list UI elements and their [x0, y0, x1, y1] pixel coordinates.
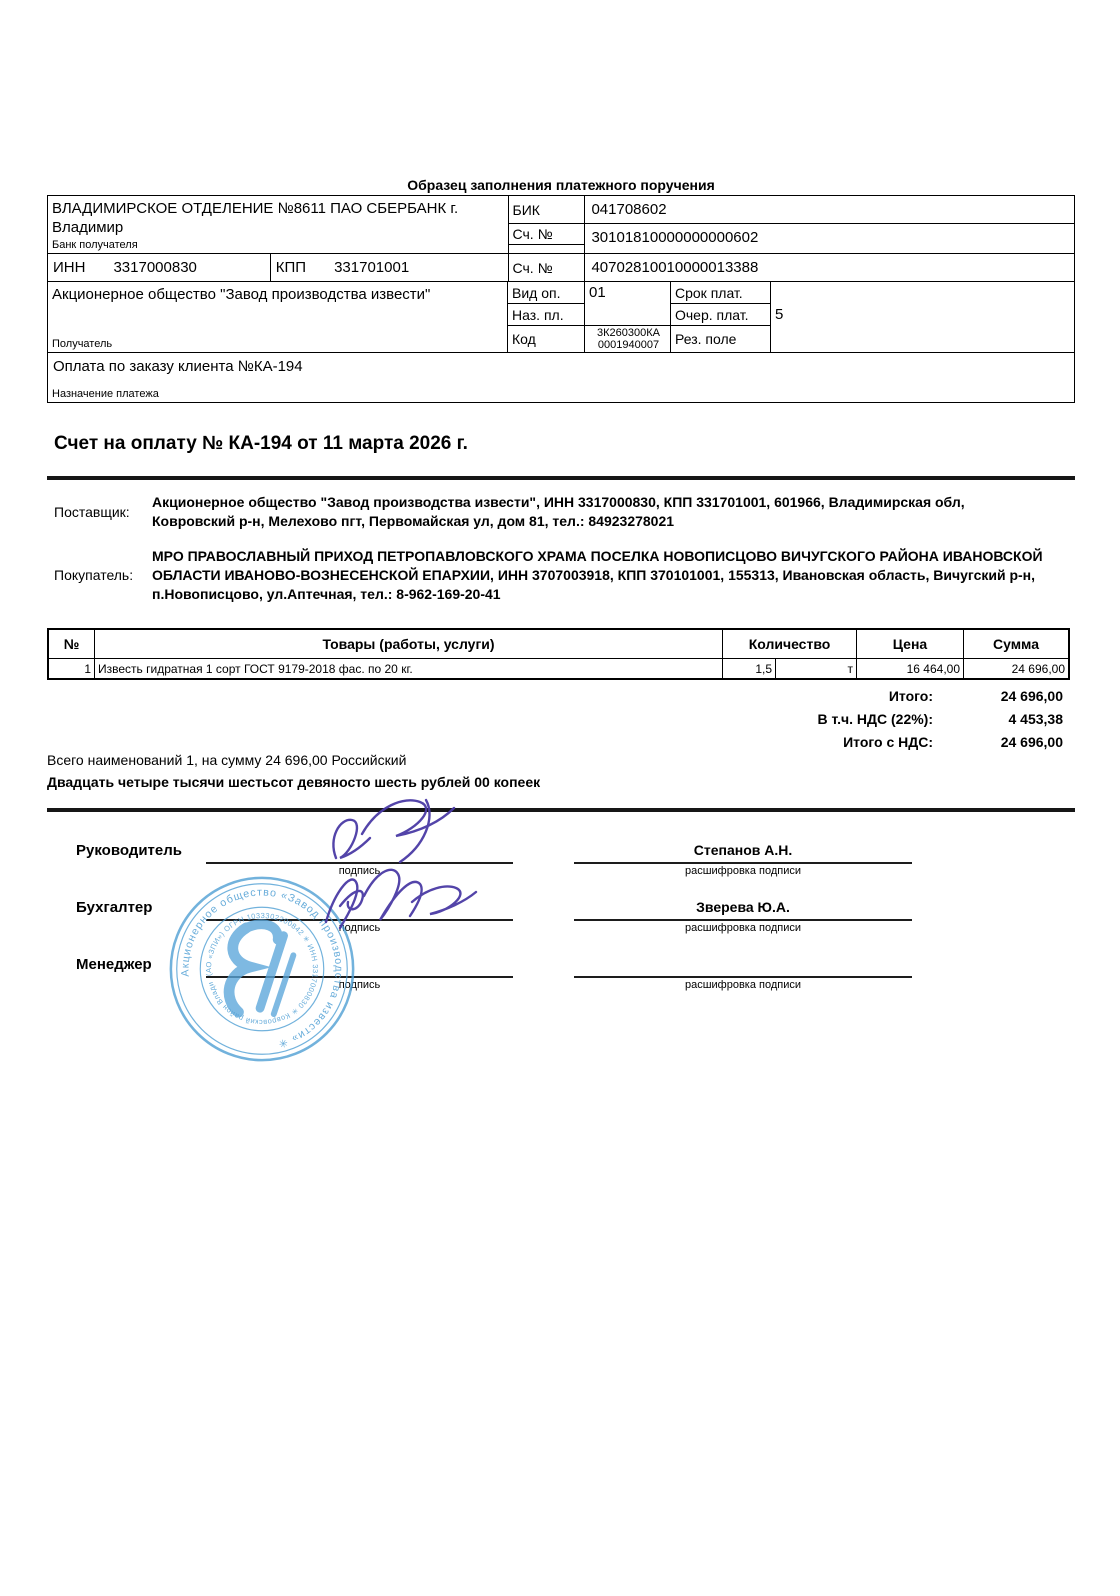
signature-caption: подпись	[206, 865, 513, 877]
name-line	[574, 976, 912, 978]
col-header-price: Цена	[857, 630, 964, 658]
payment-purpose-caption: Назначение платежа	[52, 388, 159, 400]
invoice-title: Счет на оплату № КА-194 от 11 марта 2026…	[54, 433, 468, 455]
buyer-label: Покупатель:	[54, 567, 152, 583]
bik-value-column: 041708602 30101810000000000602	[585, 196, 1074, 253]
bik-value: 041708602	[585, 196, 1074, 224]
kod-value-line1: 3К260300КА	[597, 327, 660, 339]
buyer-value: МРО ПРАВОСЛАВНЫЙ ПРИХОД ПЕТРОПАВЛОВСКОГО…	[152, 547, 1046, 604]
payment-order-codes-grid: Вид оп. 01 Срок плат. Наз. пл. Очер. пла…	[508, 282, 1074, 352]
name-caption: расшифровка подписи	[574, 979, 912, 991]
bank-caption: Банк получателя	[52, 239, 138, 251]
signature-line	[206, 862, 513, 864]
payment-order-recipient-row: Акционерное общество "Завод производства…	[48, 281, 1074, 352]
inn-cell: ИНН 3317000830	[48, 254, 271, 281]
signature-caption: подпись	[206, 979, 513, 991]
kod-value-line2: 0001940007	[598, 339, 659, 351]
col-header-sum: Сумма	[964, 630, 1068, 658]
signature-row-accountant: Бухгалтер Зверева Ю.А. подпись расшифров…	[0, 897, 1120, 937]
signer-name: Степанов А.Н.	[574, 842, 912, 858]
title-divider	[47, 476, 1075, 480]
total-row: Итого: 24 696,00	[47, 684, 1063, 707]
bik-label-column: БИК Сч. №	[509, 196, 586, 253]
supplier-value: Акционерное общество "Завод производства…	[152, 493, 1046, 531]
kod-value: 3К260300КА 0001940007	[585, 326, 671, 352]
item-name: Известь гидратная 1 сорт ГОСТ 9179-2018 …	[95, 659, 723, 678]
vat-label: В т.ч. НДС (22%):	[817, 711, 933, 727]
supplier-block: Поставщик: Акционерное общество "Завод п…	[54, 492, 1046, 532]
col-header-goods: Товары (работы, услуги)	[95, 630, 723, 658]
items-table: № Товары (работы, услуги) Количество Цен…	[47, 628, 1070, 680]
recipient-name: Акционерное общество "Завод производства…	[48, 282, 507, 304]
document-page: Образец заполнения платежного поручения …	[0, 0, 1120, 1596]
item-price: 16 464,00	[857, 659, 964, 678]
corr-account-value: 30101810000000000602	[585, 224, 1074, 251]
corr-account-label: Сч. №	[509, 224, 585, 245]
vat-row: В т.ч. НДС (22%): 4 453,38	[47, 707, 1063, 730]
srok-plat-label: Срок плат.	[671, 282, 771, 304]
rez-pole-label: Рез. поле	[671, 326, 771, 352]
signature-row-director: Руководитель Степанов А.Н. подпись расши…	[0, 840, 1120, 880]
supplier-label: Поставщик:	[54, 504, 152, 520]
total-label: Итого:	[889, 688, 933, 704]
naz-pl-label: Наз. пл.	[508, 304, 585, 326]
kpp-cell: КПП 331701001	[271, 254, 509, 281]
ocher-plat-value: 5	[771, 304, 1074, 326]
total-with-vat-row: Итого с НДС: 24 696,00	[47, 730, 1063, 753]
payment-purpose-cell: Оплата по заказу клиента №КА-194 Назначе…	[48, 353, 1074, 402]
item-sum: 24 696,00	[964, 659, 1068, 678]
signature-row-manager: Менеджер подпись расшифровка подписи	[0, 954, 1120, 994]
role-label: Бухгалтер	[76, 899, 152, 916]
total-value: 24 696,00	[933, 688, 1063, 704]
col-header-qty: Количество	[723, 630, 857, 658]
payment-order-sample-title: Образец заполнения платежного поручения	[47, 177, 1075, 193]
inn-label: ИНН	[53, 259, 85, 276]
account-value: 40702810010000013388	[585, 254, 1074, 281]
amount-in-words: Двадцать четыре тысячи шестьсот девяност…	[47, 774, 540, 790]
items-table-header: № Товары (работы, услуги) Количество Цен…	[49, 630, 1068, 659]
inn-value: 3317000830	[113, 259, 196, 276]
total-with-vat-value: 24 696,00	[933, 734, 1063, 750]
totals-block: Итого: 24 696,00 В т.ч. НДС (22%): 4 453…	[47, 684, 1063, 753]
bik-label: БИК	[509, 196, 585, 224]
signature-line	[206, 919, 513, 921]
ocher-plat-label: Очер. плат.	[671, 304, 771, 326]
payment-order-bank-row: ВЛАДИМИРСКОЕ ОТДЕЛЕНИЕ №8611 ПАО СБЕРБАН…	[48, 196, 1074, 253]
bank-cell: ВЛАДИМИРСКОЕ ОТДЕЛЕНИЕ №8611 ПАО СБЕРБАН…	[48, 196, 509, 253]
name-caption: расшифровка подписи	[574, 865, 912, 877]
items-summary: Всего наименований 1, на сумму 24 696,00…	[47, 752, 406, 768]
kod-label: Код	[508, 326, 585, 352]
payment-order-table: ВЛАДИМИРСКОЕ ОТДЕЛЕНИЕ №8611 ПАО СБЕРБАН…	[47, 195, 1075, 403]
signature-caption: подпись	[206, 922, 513, 934]
col-header-num: №	[49, 630, 95, 658]
payment-purpose-row: Оплата по заказу клиента №КА-194 Назначе…	[48, 352, 1074, 402]
role-label: Руководитель	[76, 842, 182, 859]
recipient-cell: Акционерное общество "Завод производства…	[48, 282, 508, 352]
payment-order-inn-row: ИНН 3317000830 КПП 331701001 Сч. № 40702…	[48, 253, 1074, 281]
recipient-caption: Получатель	[52, 338, 112, 350]
bank-name: ВЛАДИМИРСКОЕ ОТДЕЛЕНИЕ №8611 ПАО СБЕРБАН…	[48, 196, 508, 237]
name-caption: расшифровка подписи	[574, 922, 912, 934]
srok-plat-value	[771, 282, 1074, 304]
item-qty: 1,5	[723, 659, 776, 678]
name-line	[574, 919, 912, 921]
signature-line	[206, 976, 513, 978]
signer-name: Зверева Ю.А.	[574, 899, 912, 915]
vid-op-label: Вид оп.	[508, 282, 585, 304]
item-unit: т	[776, 659, 857, 678]
rez-pole-value	[771, 326, 1074, 352]
payment-purpose-value: Оплата по заказу клиента №КА-194	[48, 353, 1074, 375]
table-row: 1 Известь гидратная 1 сорт ГОСТ 9179-201…	[49, 659, 1068, 678]
kpp-value: 331701001	[334, 259, 409, 276]
name-line	[574, 862, 912, 864]
vid-op-value: 01	[585, 282, 671, 326]
vat-value: 4 453,38	[933, 711, 1063, 727]
account-label: Сч. №	[509, 254, 586, 281]
kpp-label: КПП	[276, 259, 306, 276]
item-num: 1	[49, 659, 95, 678]
role-label: Менеджер	[76, 956, 152, 973]
signature-divider	[47, 808, 1075, 812]
total-with-vat-label: Итого с НДС:	[843, 734, 933, 750]
buyer-block: Покупатель: МРО ПРАВОСЛАВНЫЙ ПРИХОД ПЕТР…	[54, 545, 1046, 605]
